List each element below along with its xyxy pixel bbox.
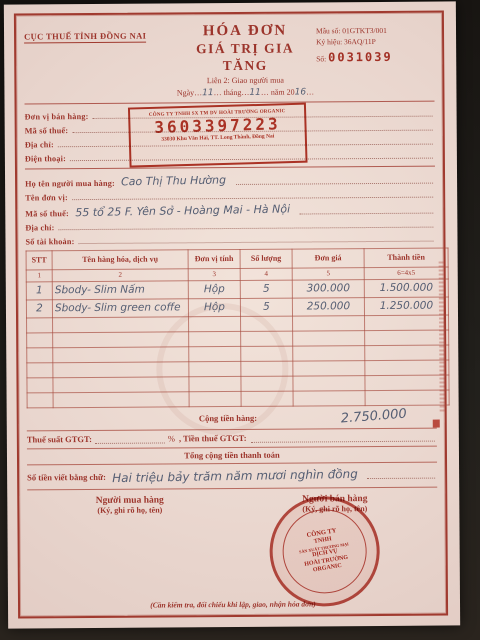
- invoice-paper: CỤC THUẾ TỈNH ĐỒNG NAI HÓA ĐƠN GIÁ TRỊ G…: [4, 1, 460, 628]
- buyer-section: Họ tên người mua hàng: Cao Thị Thu Hường…: [25, 165, 436, 248]
- invoice-number: 0031039: [328, 49, 393, 63]
- date-day-handwritten: 11: [202, 88, 214, 98]
- buyer-account-row: Số tài khoản:: [25, 229, 435, 246]
- invoice-subtitle: GIÁ TRỊ GIA TĂNG: [174, 40, 316, 75]
- signature-section: Người mua hàng (Ký, ghi rõ họ, tên) Ngườ…: [27, 486, 438, 601]
- buyer-signature-block: Người mua hàng (Ký, ghi rõ họ, tên): [27, 495, 233, 602]
- items-table: STT Tên hàng hóa, dịch vụ Đơn vị tính Số…: [26, 247, 450, 408]
- tax-office-name: CỤC THUẾ TỈNH ĐỒNG NAI: [24, 22, 174, 43]
- red-edge-mark: [433, 420, 440, 428]
- invoice-header: CỤC THUẾ TỈNH ĐỒNG NAI HÓA ĐƠN GIÁ TRỊ G…: [24, 21, 435, 101]
- amount-in-words-row: Số tiền viết bằng chữ: Hai triệu bảy tră…: [27, 461, 437, 489]
- serial-line: Ký hiệu: 36AQ/11P: [316, 36, 434, 48]
- invoice-number-line: Số: 0031039: [316, 47, 434, 66]
- date-year-handwritten: 16: [295, 87, 307, 97]
- subtotal-handwritten: 2.750.000: [340, 407, 407, 427]
- invoice-title: HÓA ĐƠN: [174, 21, 316, 41]
- amount-in-words-handwritten: Hai triệu bảy trăm năm mươi nghìn đồng: [106, 466, 364, 484]
- invoice-meta-block: Mẫu số: 01GTKT3/001 Ký hiệu: 36AQ/11P Số…: [316, 21, 434, 66]
- subtotal-row: Cộng tiền hàng: 2.750.000: [27, 405, 437, 430]
- copy-line: Liên 2: Giao người mua: [174, 75, 316, 86]
- invoice-title-block: HÓA ĐƠN GIÁ TRỊ GIA TĂNG Liên 2: Giao ng…: [174, 21, 317, 99]
- printer-info-vertical-text: [439, 262, 445, 412]
- form-number-line: Mẫu số: 01GTKT3/001: [316, 25, 434, 37]
- buyer-name-handwritten: Cao Thị Thu Hường: [115, 173, 232, 188]
- seller-rect-stamp: CÔNG TY TNHH SX TM DV HOÀI TRƯỜNG ORGANI…: [128, 102, 308, 167]
- date-month-handwritten: 11: [249, 87, 261, 97]
- invoice-border-frame: CỤC THUẾ TỈNH ĐỒNG NAI HÓA ĐƠN GIÁ TRỊ G…: [14, 11, 448, 619]
- seller-section: CÔNG TY TNHH SX TM DV HOÀI TRƯỜNG ORGANI…: [25, 100, 435, 165]
- invoice-date-line: Ngày…11… tháng…11… năm 2016…: [174, 87, 316, 99]
